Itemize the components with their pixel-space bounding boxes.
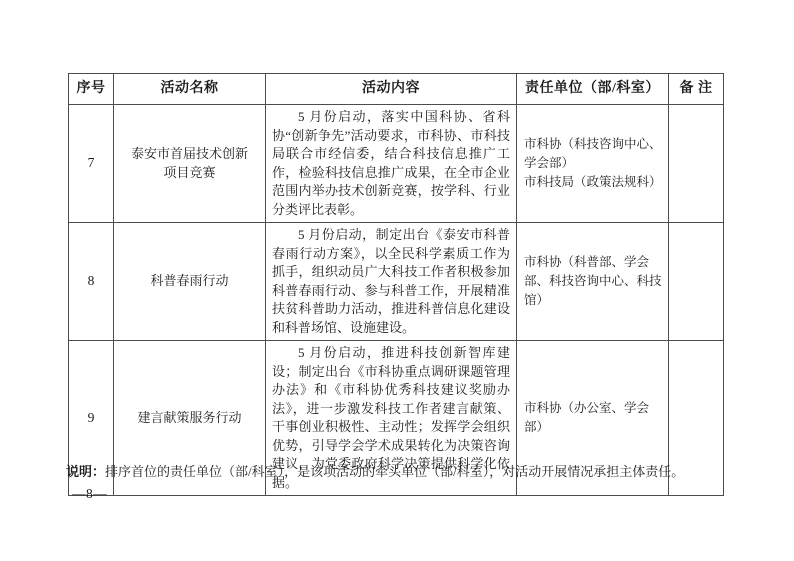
row-index: 7 bbox=[69, 105, 114, 223]
row-index: 8 bbox=[69, 223, 114, 341]
col-header-activity-name: 活动名称 bbox=[114, 74, 266, 105]
document-page: 序号 活动名称 活动内容 责任单位（部/科室） 备 注 7 泰安市首届技术创新 … bbox=[0, 0, 794, 561]
col-header-remark: 备 注 bbox=[669, 74, 724, 105]
col-header-responsible-unit: 责任单位（部/科室） bbox=[517, 74, 669, 105]
remark-cell bbox=[669, 105, 724, 223]
activity-table: 序号 活动名称 活动内容 责任单位（部/科室） 备 注 7 泰安市首届技术创新 … bbox=[68, 73, 724, 496]
col-header-activity-content: 活动内容 bbox=[266, 74, 517, 105]
table-footnote: 说明：排序首位的责任单位（部/科室），是该项活动的牵头单位（部/科室），对活动开… bbox=[66, 463, 738, 481]
remark-cell bbox=[669, 223, 724, 341]
table-row: 7 泰安市首届技术创新 项目竞赛 5 月份启动，落实中国科协、省科协“创新争先”… bbox=[69, 105, 724, 223]
activity-content: 5 月份启动，落实中国科协、省科协“创新争先”活动要求，市科协、市科技局联合市经… bbox=[266, 105, 517, 223]
table-row: 8 科普春雨行动 5 月份启动，制定出台《泰安市科普春雨行动方案》，以全民科学素… bbox=[69, 223, 724, 341]
responsible-unit: 市科协（科普部、学会部、科技咨询中心、科技馆） bbox=[517, 223, 669, 341]
activity-name: 泰安市首届技术创新 项目竞赛 bbox=[114, 105, 266, 223]
footnote-label: 说明： bbox=[66, 464, 105, 479]
col-header-index: 序号 bbox=[69, 74, 114, 105]
activity-content: 5 月份启动，制定出台《泰安市科普春雨行动方案》，以全民科学素质工作为抓手，组织… bbox=[266, 223, 517, 341]
activity-name: 科普春雨行动 bbox=[114, 223, 266, 341]
page-number: —8— bbox=[72, 486, 107, 502]
table-header-row: 序号 活动名称 活动内容 责任单位（部/科室） 备 注 bbox=[69, 74, 724, 105]
responsible-unit: 市科协（科技咨询中心、学会部） 市科技局（政策法规科） bbox=[517, 105, 669, 223]
footnote-text: 排序首位的责任单位（部/科室），是该项活动的牵头单位（部/科室），对活动开展情况… bbox=[105, 464, 684, 479]
